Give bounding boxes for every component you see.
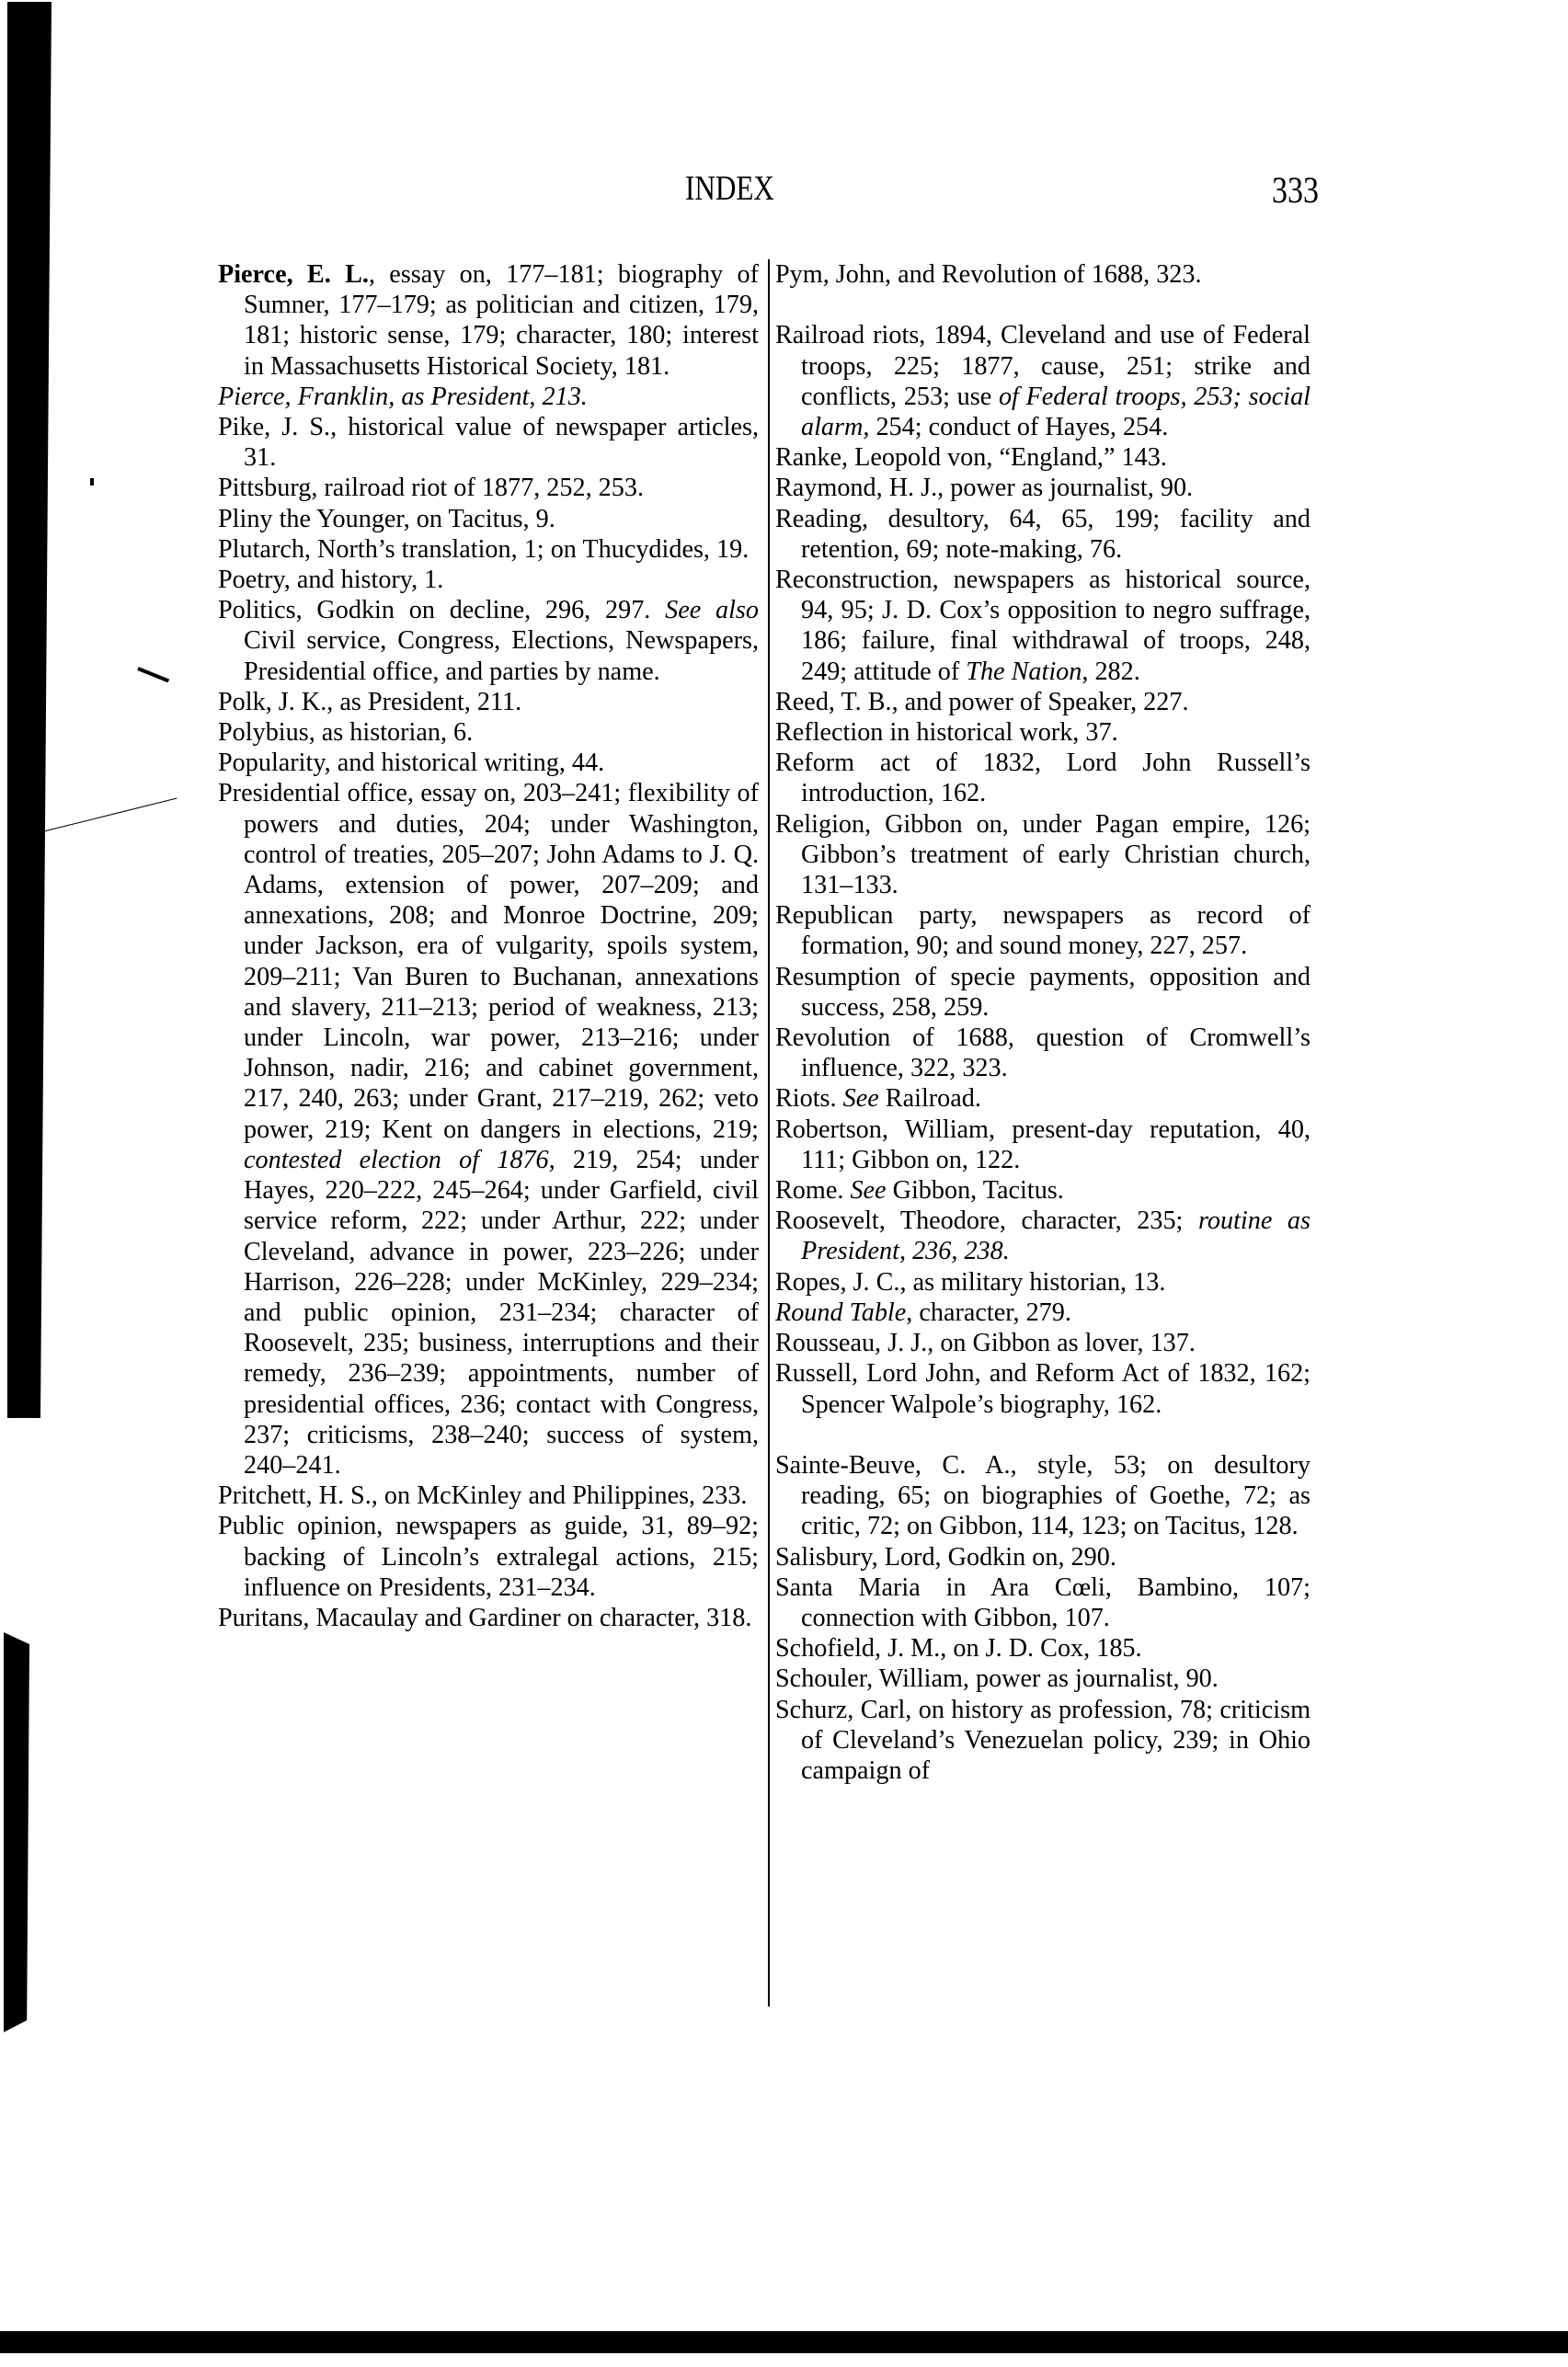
entry-head: Pike, J. S. bbox=[218, 413, 330, 441]
entry-head: Pliny the Younger bbox=[218, 505, 404, 533]
index-entry: Rousseau, J. J., on Gibbon as lover, 137… bbox=[775, 1328, 1310, 1358]
scan-mark-line bbox=[39, 798, 177, 833]
entry-head: Schofield, J. M. bbox=[775, 1634, 940, 1663]
index-entry: Popularity, and historical writing, 44. bbox=[218, 748, 759, 778]
index-entry: Presidential office, essay on, 203–241; … bbox=[218, 778, 759, 1481]
entry-head: Pierce, E. L. bbox=[218, 260, 369, 289]
entry-head: Rome. bbox=[775, 1176, 843, 1205]
entry-head: Polybius bbox=[218, 718, 309, 747]
entry-head: Reading bbox=[775, 505, 862, 533]
entry-head: Russell, Lord John bbox=[775, 1359, 975, 1388]
see-label: See bbox=[850, 1176, 886, 1205]
index-entry: Salisbury, Lord, Godkin on, 290. bbox=[775, 1542, 1310, 1572]
entry-head: Polk, J. K. bbox=[218, 688, 326, 716]
index-entry: Robertson, William, present-day reputati… bbox=[775, 1115, 1310, 1175]
index-entry: Reflection in historical work, 37. bbox=[775, 717, 1310, 748]
entry-head: Railroad riots bbox=[775, 321, 919, 349]
entry-head: Riots. bbox=[775, 1084, 837, 1113]
entry-head: Reed, T. B. bbox=[775, 688, 892, 716]
index-entry: Polk, J. K., as President, 211. bbox=[218, 687, 759, 717]
index-entry: Polybius, as historian, 6. bbox=[218, 717, 759, 748]
index-entry: Pliny the Younger, on Tacitus, 9. bbox=[218, 504, 759, 534]
entry-head: Poetry bbox=[218, 566, 284, 594]
index-entry: Schouler, William, power as journalist, … bbox=[775, 1664, 1310, 1694]
index-entry: Pierce, E. L., essay on, 177–181; biogra… bbox=[218, 259, 759, 382]
index-entry: Sainte-Beuve, C. A., style, 53; on desul… bbox=[775, 1450, 1310, 1542]
page-number: 333 bbox=[1272, 168, 1319, 212]
entry-head: Pierce, Franklin, bbox=[218, 383, 395, 411]
entry-head: Public opinion bbox=[218, 1512, 376, 1540]
index-entry: Santa Maria in Ara Cœli, Bambino, 107; c… bbox=[775, 1572, 1310, 1633]
entry-head: Puritans bbox=[218, 1604, 303, 1632]
see-label: See bbox=[843, 1084, 879, 1113]
index-entry: Schofield, J. M., on J. D. Cox, 185. bbox=[775, 1633, 1310, 1664]
entry-head: Roosevelt, Theodore bbox=[775, 1206, 1000, 1235]
entry-head: Reconstruction bbox=[775, 566, 933, 594]
index-entry: Pike, J. S., historical value of newspap… bbox=[218, 412, 759, 473]
index-entry: Pittsburg, railroad riot of 1877, 252, 2… bbox=[218, 473, 759, 503]
scan-edge-shadow-bottom bbox=[4, 1632, 29, 2032]
entry-head: Salisbury, Lord bbox=[775, 1543, 935, 1572]
entry-head: Raymond, H. J. bbox=[775, 474, 937, 502]
index-entry: Politics, Godkin on decline, 296, 297. S… bbox=[218, 595, 759, 687]
scan-bottom-edge-bar bbox=[0, 2331, 1568, 2353]
column-divider bbox=[768, 259, 770, 2007]
entry-head: Resumption of specie payments bbox=[775, 963, 1128, 991]
entry-head: Pym, John bbox=[775, 260, 885, 289]
index-entry: Revolution of 1688, question of Cromwell… bbox=[775, 1023, 1310, 1083]
entry-head: Ropes, J. C. bbox=[775, 1268, 899, 1297]
entry-head: Presidential office bbox=[218, 779, 407, 807]
see-also-label: See also bbox=[665, 596, 759, 624]
index-entry: Schurz, Carl, on history as profession, … bbox=[775, 1695, 1310, 1787]
scan-mark-dash bbox=[137, 667, 169, 682]
entry-head: Republican party bbox=[775, 901, 970, 930]
scan-mark-dot bbox=[90, 478, 94, 486]
entry-head: Politics bbox=[218, 596, 296, 624]
entry-head: Reflection bbox=[775, 718, 883, 747]
index-entry: Plutarch, North’s translation, 1; on Thu… bbox=[218, 534, 759, 565]
index-entry: Puritans, Macaulay and Gardiner on chara… bbox=[218, 1603, 759, 1633]
index-column-left: Pierce, E. L., essay on, 177–181; biogra… bbox=[218, 259, 759, 1633]
index-entry: Reed, T. B., and power of Speaker, 227. bbox=[775, 687, 1310, 717]
index-entry: Republican party, newspapers as record o… bbox=[775, 900, 1310, 961]
index-entry: Ropes, J. C., as military historian, 13. bbox=[775, 1267, 1310, 1298]
index-entry: Russell, Lord John, and Reform Act of 18… bbox=[775, 1358, 1310, 1419]
entry-head: Schouler, William bbox=[775, 1664, 963, 1693]
index-entry: Rome. See Gibbon, Tacitus. bbox=[775, 1175, 1310, 1206]
entry-head: Pritchett, H. S. bbox=[218, 1481, 372, 1510]
entry-head: Rousseau, J. J. bbox=[775, 1329, 927, 1357]
index-entry: Railroad riots, 1894, Cleveland and use … bbox=[775, 320, 1310, 442]
entry-head: Reform act of 1832 bbox=[775, 749, 1035, 777]
entry-head: Sainte-Beuve, C. A. bbox=[775, 1451, 1011, 1480]
entry-head: Schurz, Carl bbox=[775, 1696, 905, 1724]
scan-edge-shadow-top bbox=[7, 2, 52, 1418]
index-entry: Poetry, and history, 1. bbox=[218, 565, 759, 595]
entry-head: Revolution of 1688 bbox=[775, 1023, 1008, 1052]
entry-head: Religion bbox=[775, 810, 864, 839]
index-entry: Religion, Gibbon on, under Pagan empire,… bbox=[775, 809, 1310, 901]
index-entry: Pierce, Franklin, as President, 213. bbox=[218, 382, 759, 412]
index-entry: Roosevelt, Theodore, character, 235; rou… bbox=[775, 1206, 1310, 1266]
entry-head: Robertson, William bbox=[775, 1115, 989, 1144]
index-entry: Pym, John, and Revolution of 1688, 323. bbox=[775, 259, 1310, 290]
entry-head: Round Table bbox=[775, 1298, 906, 1327]
index-entry: Public opinion, newspapers as guide, 31,… bbox=[218, 1511, 759, 1603]
index-entry: Reform act of 1832, Lord John Russell’s … bbox=[775, 748, 1310, 808]
page-header: INDEX 333 bbox=[0, 168, 1568, 214]
index-entry: Round Table, character, 279. bbox=[775, 1298, 1310, 1328]
index-entry: Pritchett, H. S., on McKinley and Philip… bbox=[218, 1481, 759, 1511]
entry-head: Popularity bbox=[218, 749, 325, 777]
entry-head: Santa Maria in Ara Cœli bbox=[775, 1573, 1105, 1602]
entry-head: Plutarch bbox=[218, 535, 304, 564]
entry-head: Ranke, Leopold von bbox=[775, 443, 986, 472]
index-entry: Ranke, Leopold von, “England,” 143. bbox=[775, 442, 1310, 473]
index-entry: Riots. See Railroad. bbox=[775, 1083, 1310, 1114]
running-head: INDEX bbox=[685, 168, 774, 209]
index-entry: Resumption of specie payments, oppositio… bbox=[775, 962, 1310, 1023]
index-entry: Reconstruction, newspapers as historical… bbox=[775, 565, 1310, 687]
index-entry: Raymond, H. J., power as journalist, 90. bbox=[775, 473, 1310, 503]
index-column-right: Pym, John, and Revolution of 1688, 323. … bbox=[775, 259, 1310, 1786]
index-entry: Reading, desultory, 64, 65, 199; facilit… bbox=[775, 504, 1310, 565]
entry-head: Pittsburg bbox=[218, 474, 311, 502]
